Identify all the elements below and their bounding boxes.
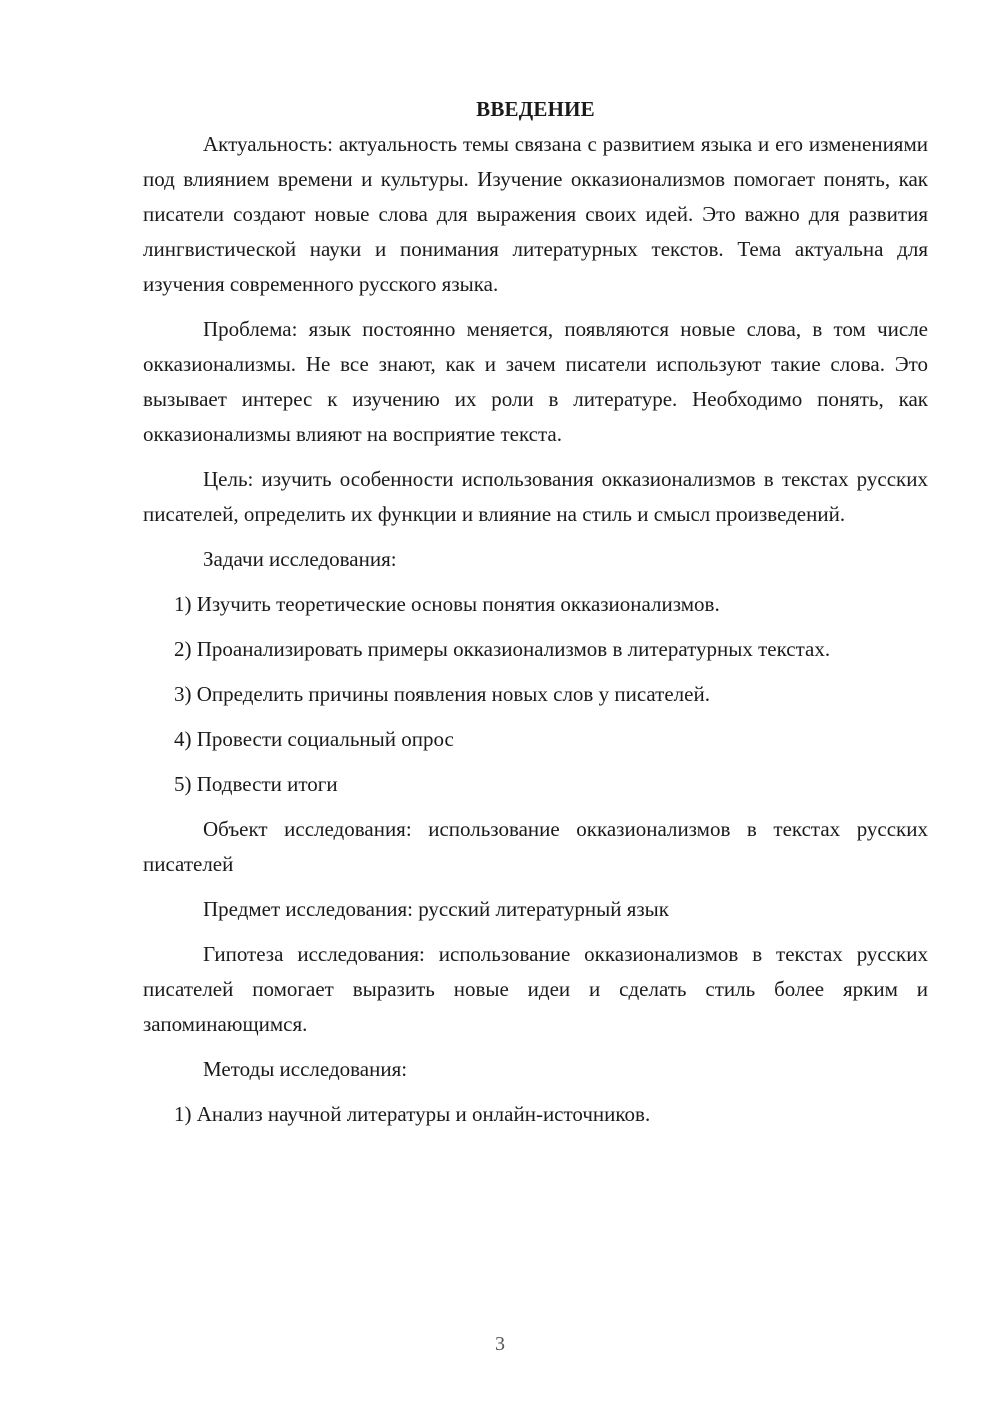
paragraph-relevance: Актуальность: актуальность темы связана … (143, 127, 928, 302)
method-item: 1) Анализ научной литературы и онлайн-ис… (143, 1097, 928, 1132)
methods-heading: Методы исследования: (143, 1052, 928, 1087)
task-item: 2) Проанализировать примеры окказионализ… (143, 632, 928, 667)
task-item: 4) Провести социальный опрос (143, 722, 928, 757)
paragraph-goal: Цель: изучить особенности использования … (143, 462, 928, 532)
task-item: 5) Подвести итоги (143, 767, 928, 802)
tasks-heading: Задачи исследования: (143, 542, 928, 577)
document-page: ВВЕДЕНИЕ Актуальность: актуальность темы… (143, 92, 928, 1142)
paragraph-object: Объект исследования: использование окказ… (143, 812, 928, 882)
task-item: 1) Изучить теоретические основы понятия … (143, 587, 928, 622)
section-title: ВВЕДЕНИЕ (143, 92, 928, 127)
paragraph-problem: Проблема: язык постоянно меняется, появл… (143, 312, 928, 452)
page-number: 3 (0, 1333, 1000, 1356)
task-item: 3) Определить причины появления новых сл… (143, 677, 928, 712)
paragraph-subject: Предмет исследования: русский литературн… (143, 892, 928, 927)
paragraph-hypothesis: Гипотеза исследования: использование окк… (143, 937, 928, 1042)
